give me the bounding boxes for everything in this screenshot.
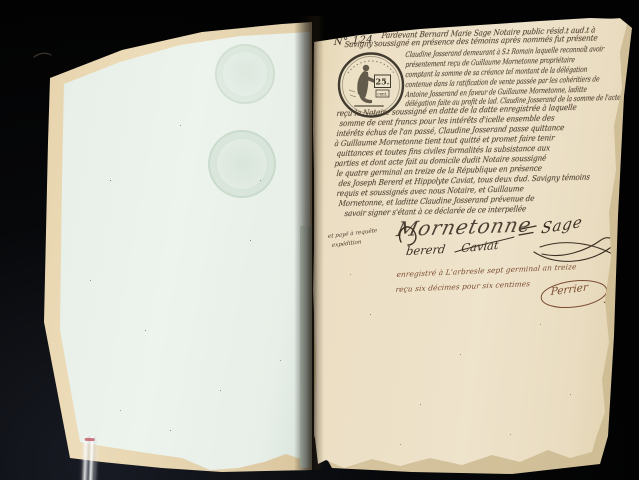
signature-mornetonne: Mornetonne	[394, 212, 534, 241]
ink-mark	[30, 48, 56, 60]
stamp-value: 25.	[376, 77, 390, 87]
registration-line: enregistré à L'arbresle sept germinal an…	[396, 262, 577, 279]
embossed-stamp-upper	[215, 44, 275, 104]
blank-verso-page	[50, 30, 310, 470]
registrar-signature: Perrier	[550, 281, 588, 298]
left-page-edge-sliver	[300, 226, 312, 468]
manuscript-recto-page: N°.124. 25. cent. Pardevant Bernard Mari…	[310, 14, 630, 476]
glass-rod-tip	[85, 438, 95, 441]
stamp-unit: cent.	[377, 92, 388, 97]
margin-note-line: et payé à requête	[328, 228, 377, 240]
paper-speckles	[50, 30, 51, 31]
signature-notary-sage: Sage	[540, 212, 584, 237]
signature-bererd: bererd	[405, 242, 446, 258]
signature-caviat: Caviat	[461, 238, 499, 255]
embossed-stamp-lower	[208, 130, 276, 198]
margin-note-line: expédition	[332, 239, 362, 249]
registration-line: reçu six décimes pour six centimes	[395, 279, 530, 294]
photo-backdrop: N°.124. 25. cent. Pardevant Bernard Mari…	[0, 0, 639, 480]
glass-rod	[81, 436, 98, 480]
paper-speckles	[310, 14, 311, 15]
